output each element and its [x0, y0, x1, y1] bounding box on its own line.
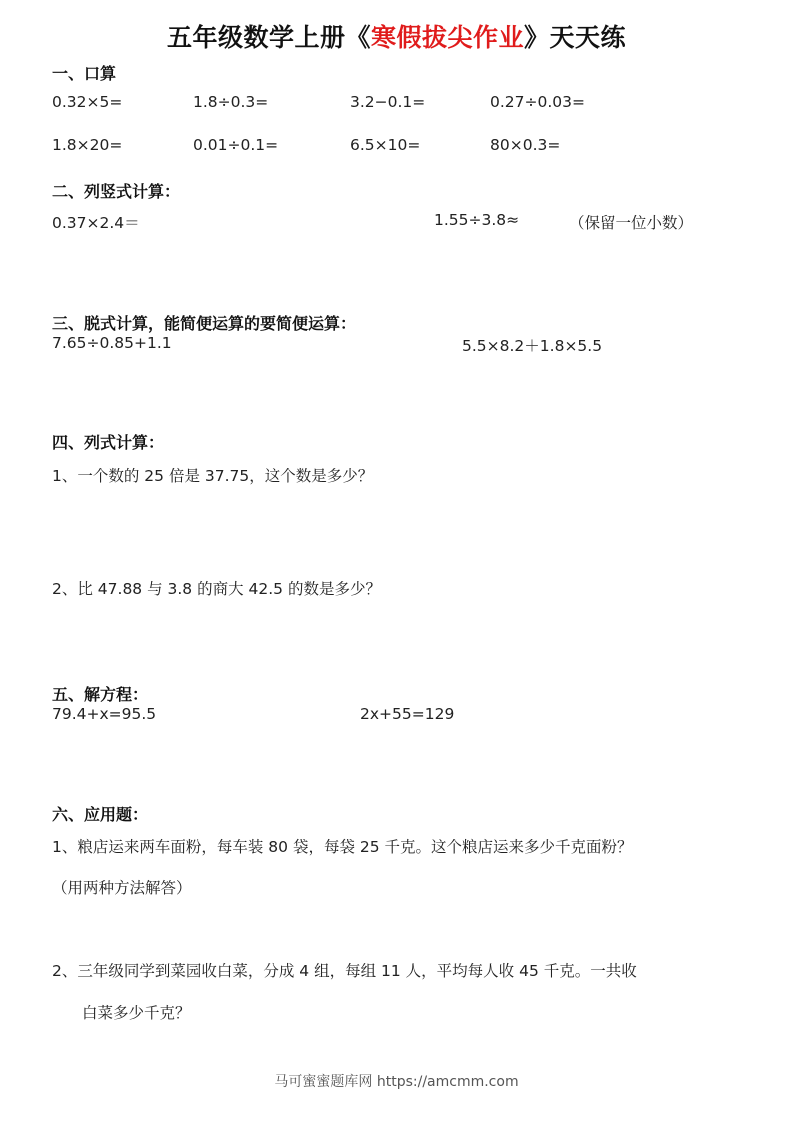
section-heading-oral-calc: 一、口算 [52, 61, 116, 84]
problem: 7.65÷0.85+1.1 [52, 334, 172, 352]
problem: 2x+55=129 [360, 705, 454, 723]
question-note: （用两种方法解答） [52, 876, 192, 898]
title-highlight: 寒假拔尖作业 [371, 23, 524, 52]
problem: 1.8×20= [52, 136, 122, 154]
problem: 1.55÷3.8≈ [434, 211, 519, 229]
question: 1、粮店运来两车面粉，每车装 80 袋，每袋 25 千克。这个粮店运来多少千克面… [52, 835, 633, 857]
problem: 0.27÷0.03= [490, 93, 585, 111]
question: 2、三年级同学到菜园收白菜，分成 4 组，每组 11 人，平均每人收 45 千克… [52, 959, 637, 981]
section-heading-equations: 五、解方程： [52, 682, 148, 705]
problem: 1.8÷0.3= [193, 93, 268, 111]
problem: 79.4+x=95.5 [52, 705, 156, 723]
section-heading-expression-calc: 四、列式计算： [52, 430, 164, 453]
title-prefix: 五年级数学上册《 [167, 23, 371, 52]
problem: 0.01÷0.1= [193, 136, 278, 154]
section-heading-step-calc: 三、脱式计算，能简便运算的要简便运算： [52, 311, 356, 334]
section-heading-vertical-calc: 二、列竖式计算： [52, 179, 180, 202]
footer-watermark: 马可蜜蜜题库网 https://amcmm.com [0, 1071, 793, 1091]
problem: 80×0.3= [490, 136, 560, 154]
problem-note: （保留一位小数） [569, 211, 693, 233]
question-continued: 白菜多少千克？ [82, 1001, 191, 1023]
question: 1、一个数的 25 倍是 37.75，这个数是多少？ [52, 464, 373, 486]
problem: 0.32×5= [52, 93, 122, 111]
section-heading-word-problems: 六、应用题： [52, 802, 148, 825]
problem: 5.5×8.2＋1.8×5.5 [462, 334, 602, 356]
page-title: 五年级数学上册《寒假拔尖作业》天天练 [0, 18, 793, 54]
problem: 6.5×10= [350, 136, 420, 154]
problem: 0.37×2.4＝ [52, 211, 140, 233]
problem: 3.2−0.1= [350, 93, 425, 111]
title-suffix: 》天天练 [524, 23, 626, 52]
question: 2、比 47.88 与 3.8 的商大 42.5 的数是多少？ [52, 577, 381, 599]
